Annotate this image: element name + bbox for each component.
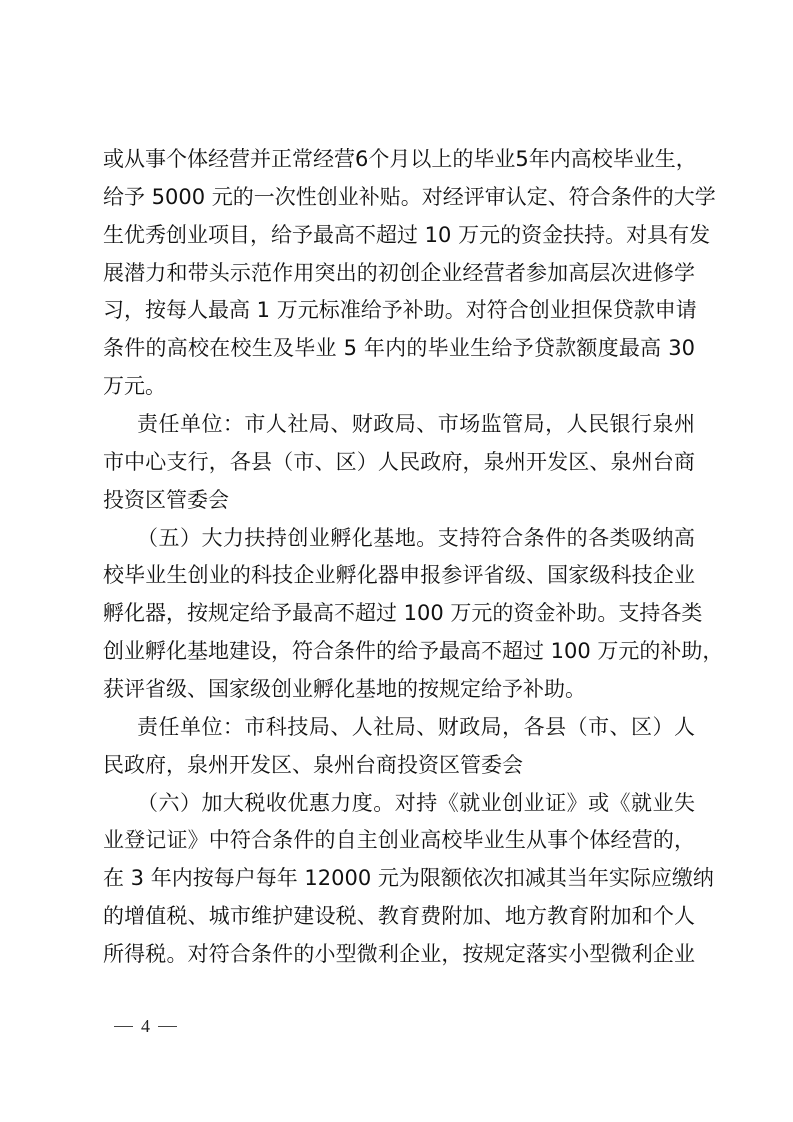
section-heading-five: （五）大力扶持创业孵化基地。支持符合条件的各类吸纳高 bbox=[103, 520, 695, 558]
responsible-units-line: 责任单位：市科技局、人社局、财政局，各县（市、区）人 bbox=[103, 709, 695, 747]
page-number: 4 bbox=[114, 1016, 177, 1037]
text-line: 万元。 bbox=[103, 368, 695, 406]
text-line: 校毕业生创业的科技企业孵化器申报参评省级、国家级科技企业 bbox=[103, 557, 695, 595]
responsible-units-line: 责任单位：市人社局、财政局、市场监管局，人民银行泉州 bbox=[103, 406, 695, 444]
text-line: 展潜力和带头示范作用突出的初创企业经营者参加高层次进修学 bbox=[103, 255, 695, 293]
text-line: 创业孵化基地建设，符合条件的给予最高不超过 100 万元的补助， bbox=[103, 633, 695, 671]
text-line: 孵化器，按规定给予最高不超过 100 万元的资金补助。支持各类 bbox=[103, 595, 695, 633]
text-line: 获评省级、国家级创业孵化基地的按规定给予补助。 bbox=[103, 671, 695, 709]
section-heading-six: （六）加大税收优惠力度。对持《就业创业证》或《就业失 bbox=[103, 785, 695, 823]
text-line: 投资区管委会 bbox=[103, 482, 695, 520]
text-line: 的增值税、城市维护建设税、教育费附加、地方教育附加和个人 bbox=[103, 898, 695, 936]
text-line: 条件的高校在校生及毕业 5 年内的毕业生给予贷款额度最高 30 bbox=[103, 330, 695, 368]
document-body: 或从事个体经营并正常经营6个月以上的毕业5年内高校毕业生， 给予 5000 元的… bbox=[103, 141, 695, 974]
text-line: 民政府，泉州开发区、泉州台商投资区管委会 bbox=[103, 747, 695, 785]
text-line: 或从事个体经营并正常经营6个月以上的毕业5年内高校毕业生， bbox=[103, 141, 695, 179]
text-line: 给予 5000 元的一次性创业补贴。对经评审认定、符合条件的大学 bbox=[103, 179, 695, 217]
dash-right bbox=[158, 1026, 177, 1027]
dash-left bbox=[114, 1026, 133, 1027]
page-number-value: 4 bbox=[141, 1016, 150, 1037]
text-line: 习，按每人最高 1 万元标准给予补助。对符合创业担保贷款申请 bbox=[103, 292, 695, 330]
text-line: 生优秀创业项目，给予最高不超过 10 万元的资金扶持。对具有发 bbox=[103, 217, 695, 255]
text-line: 在 3 年内按每户每年 12000 元为限额依次扣减其当年实际应缴纳 bbox=[103, 860, 695, 898]
text-line: 市中心支行，各县（市、区）人民政府，泉州开发区、泉州台商 bbox=[103, 444, 695, 482]
text-line: 所得税。对符合条件的小型微利企业，按规定落实小型微利企业 bbox=[103, 936, 695, 974]
text-line: 业登记证》中符合条件的自主创业高校毕业生从事个体经营的， bbox=[103, 822, 695, 860]
